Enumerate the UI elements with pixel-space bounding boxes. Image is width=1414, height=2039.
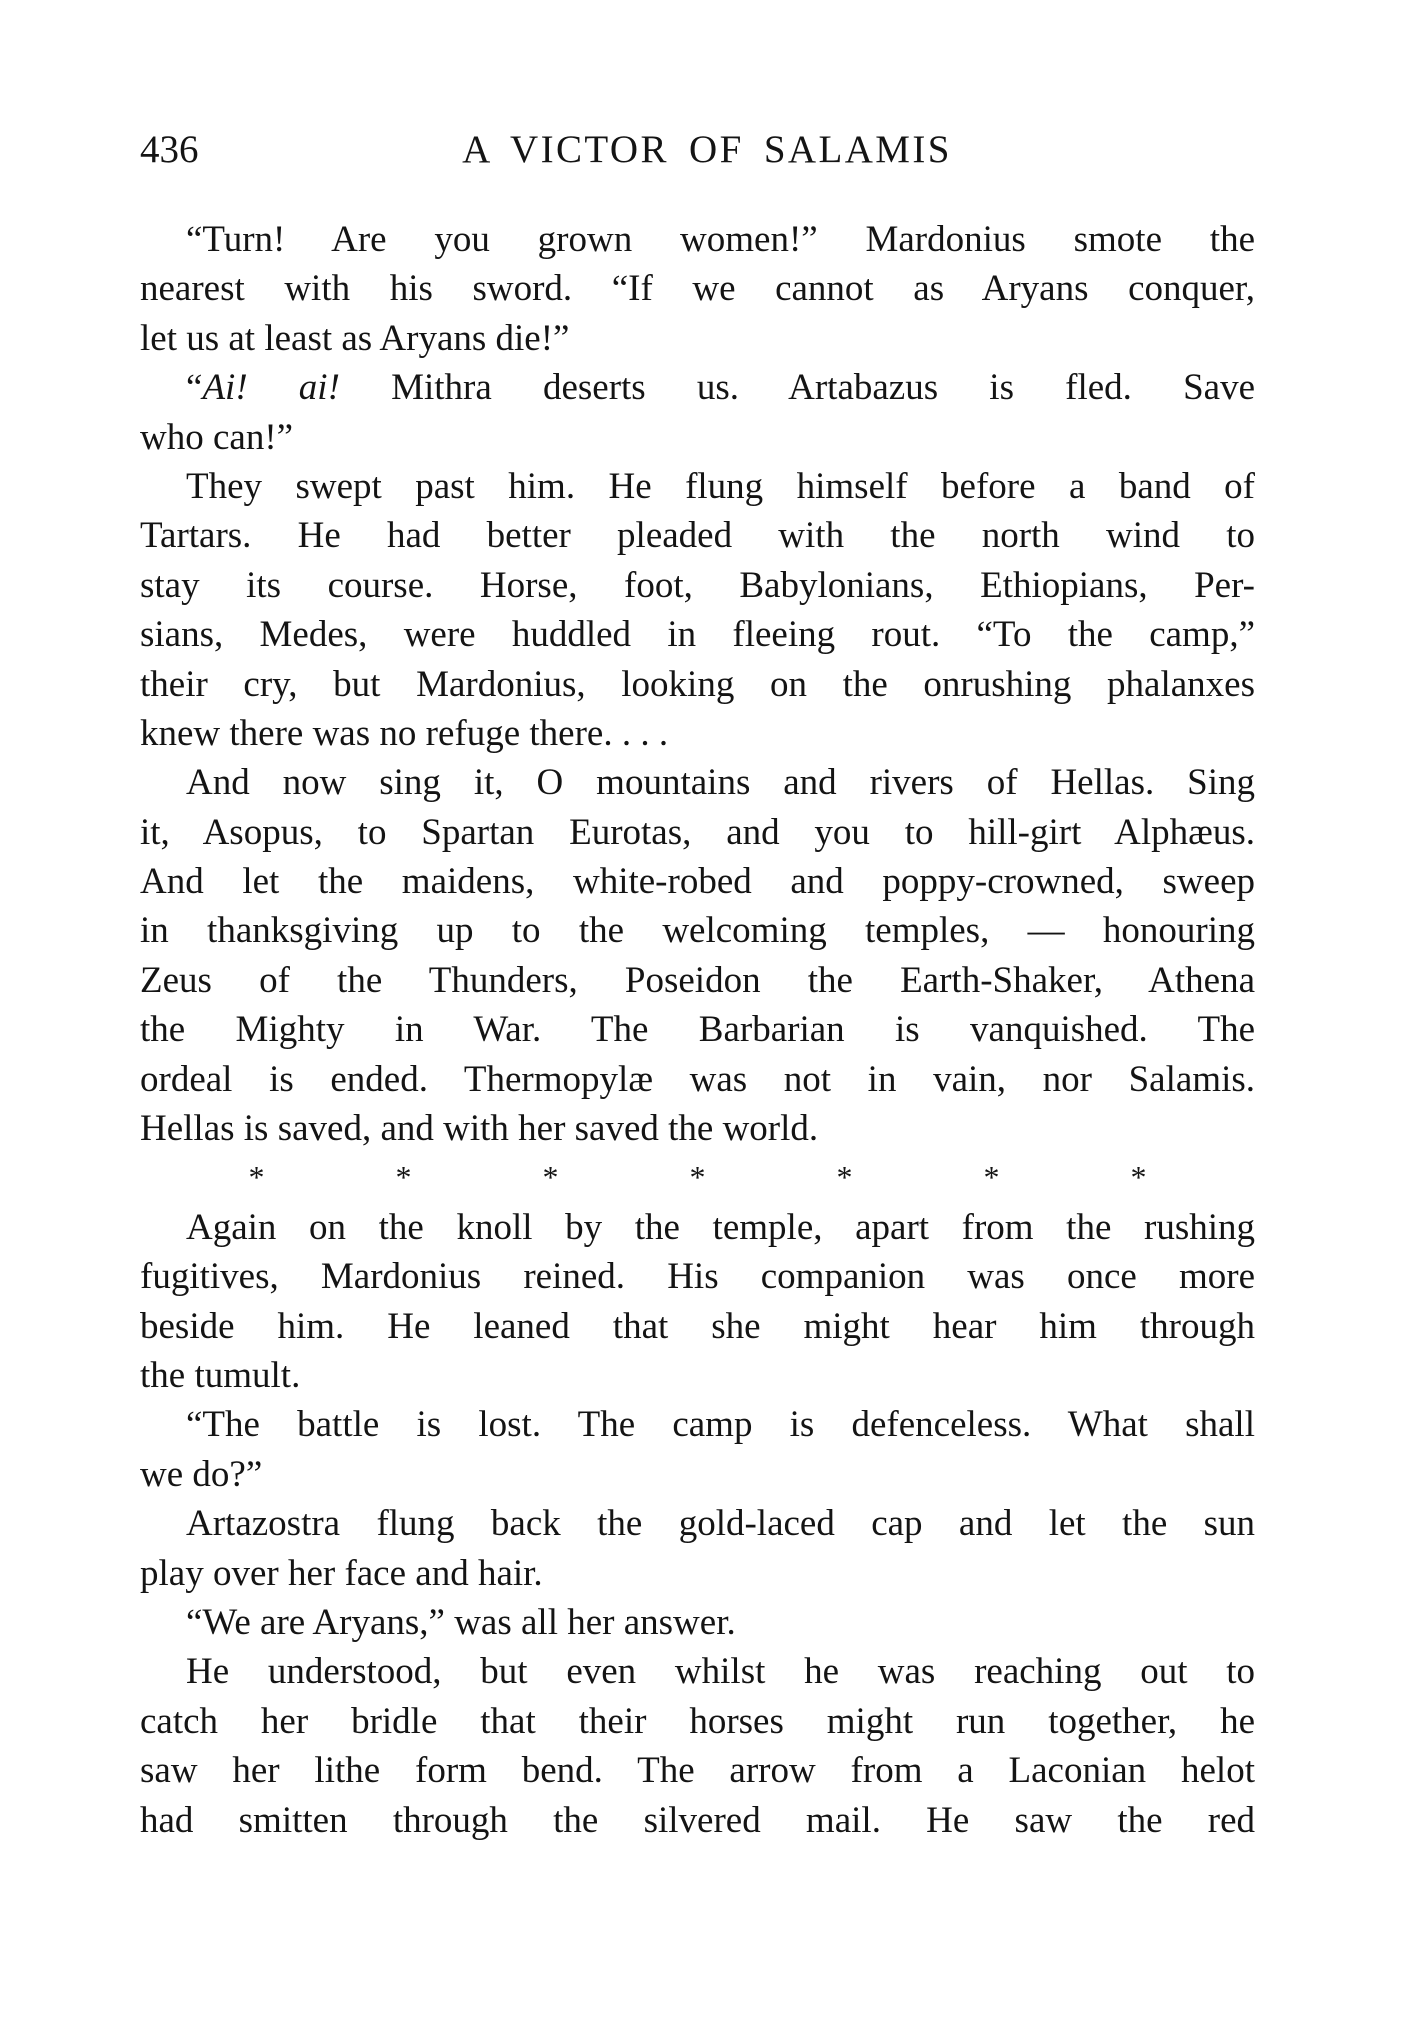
text-line: And now sing it, O mountains and rivers …	[140, 758, 1255, 807]
page-number: 436	[140, 128, 199, 172]
text-line: in thanksgiving up to the welcoming temp…	[140, 906, 1255, 955]
text-line: “Turn! Are you grown women!” Mardonius s…	[140, 215, 1255, 264]
text-line: Hellas is saved, and with her saved the …	[140, 1104, 1255, 1153]
text-line: Artazostra flung back the gold-laced cap…	[140, 1499, 1255, 1548]
running-title: A VICTOR OF SALAMIS	[443, 128, 971, 172]
text-line: sians, Medes, were huddled in fleeing ro…	[140, 610, 1255, 659]
open-quote: “	[186, 367, 202, 408]
italic-exclamation: Ai! ai!	[202, 367, 339, 408]
text-line-rest: Mithra deserts us. Artabazus is fled. Sa…	[340, 367, 1255, 408]
text-line: it, Asopus, to Spartan Eurotas, and you …	[140, 808, 1255, 857]
text-line: He understood, but even whilst he was re…	[140, 1647, 1255, 1696]
text-line: “We are Aryans,” was all her answer.	[140, 1598, 1255, 1647]
text-line: Zeus of the Thunders, Poseidon the Earth…	[140, 956, 1255, 1005]
text-line: catch her bridle that their horses might…	[140, 1697, 1255, 1746]
text-line: “The battle is lost. The camp is defence…	[140, 1400, 1255, 1449]
section-break: * * * * * * *	[140, 1153, 1255, 1202]
asterisk-icon: *	[477, 1153, 624, 1202]
text-line: Tartars. He had better pleaded with the …	[140, 511, 1255, 560]
text-line: let us at least as Aryans die!”	[140, 314, 1255, 363]
text-line: nearest with his sword. “If we cannot as…	[140, 264, 1255, 313]
text-line: who can!”	[140, 413, 1255, 462]
text-line: fugitives, Mardonius reined. His compani…	[140, 1252, 1255, 1301]
text-line: had smitten through the silvered mail. H…	[140, 1796, 1255, 1845]
text-line: beside him. He leaned that she might hea…	[140, 1302, 1255, 1351]
text-line: we do?”	[140, 1450, 1255, 1499]
body-text: “Turn! Are you grown women!” Mardonius s…	[140, 215, 1255, 1845]
text-line: knew there was no refuge there. . . .	[140, 709, 1255, 758]
text-line: the Mighty in War. The Barbarian is vanq…	[140, 1005, 1255, 1054]
asterisk-icon: *	[624, 1153, 771, 1202]
text-line: their cry, but Mardonius, looking on the…	[140, 660, 1255, 709]
text-line: saw her lithe form bend. The arrow from …	[140, 1746, 1255, 1795]
text-line: the tumult.	[140, 1351, 1255, 1400]
text-line: They swept past him. He flung himself be…	[140, 462, 1255, 511]
text-line: play over her face and hair.	[140, 1549, 1255, 1598]
text-line: stay its course. Horse, foot, Babylonian…	[140, 561, 1255, 610]
asterisk-icon: *	[1065, 1153, 1212, 1202]
text-line: And let the maidens, white-robed and pop…	[140, 857, 1255, 906]
asterisk-icon: *	[330, 1153, 477, 1202]
book-page: 436 A VICTOR OF SALAMIS “Turn! Are you g…	[0, 0, 1414, 2039]
text-line: “Ai! ai! Mithra deserts us. Artabazus is…	[140, 363, 1255, 412]
text-line: Again on the knoll by the temple, apart …	[140, 1203, 1255, 1252]
asterisk-icon: *	[183, 1153, 330, 1202]
asterisk-icon: *	[771, 1153, 918, 1202]
asterisk-icon: *	[918, 1153, 1065, 1202]
running-head: 436 A VICTOR OF SALAMIS	[140, 128, 1255, 172]
text-line: ordeal is ended. Thermopylæ was not in v…	[140, 1055, 1255, 1104]
